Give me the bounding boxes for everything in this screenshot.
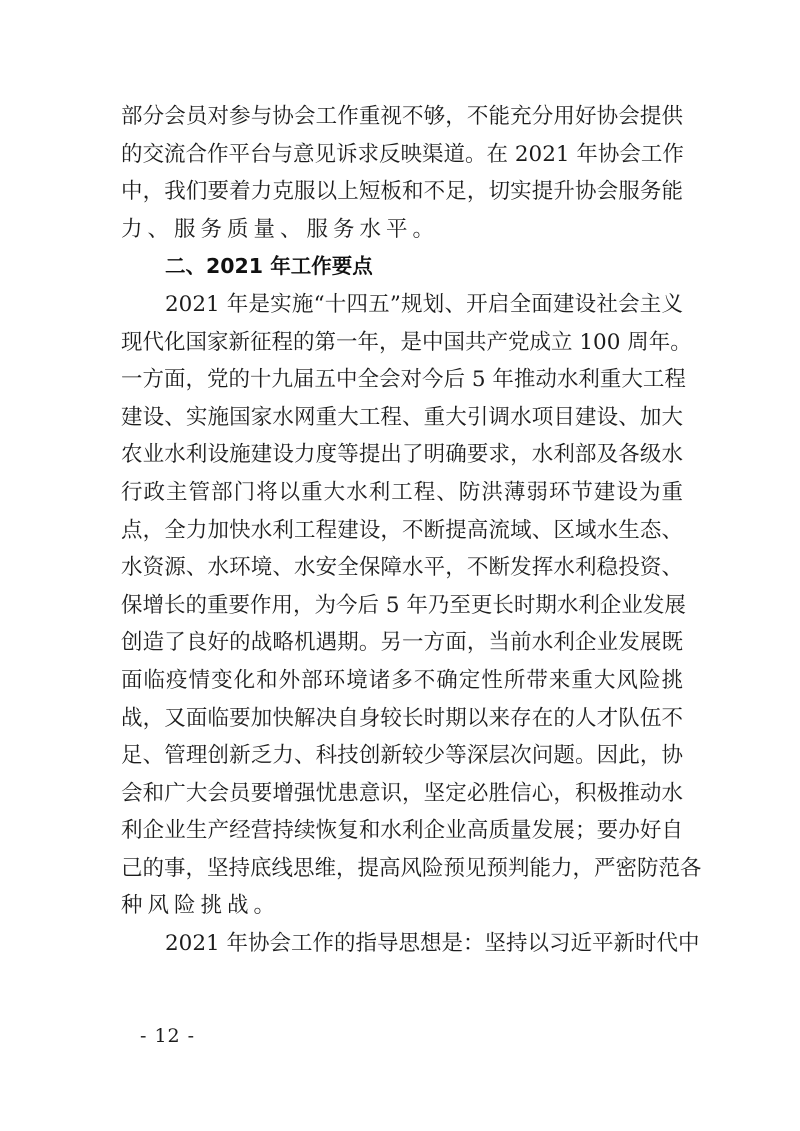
paragraph-line: 一方面，党的十九届五中全会对今后 5 年推动水利重大工程	[121, 361, 683, 399]
paragraph-line: 足、管理创新乏力、科技创新较少等深层次问题。因此，协	[121, 737, 683, 775]
page-number: - 12 -	[140, 1024, 195, 1048]
paragraph-line: 会和广大会员要增强忧患意识，坚定必胜信心，积极推动水	[121, 775, 683, 813]
paragraph-line: 2021 年是实施“十四五”规划、开启全面建设社会主义	[121, 286, 683, 324]
paragraph-line: 保增长的重要作用，为今后 5 年乃至更长时期水利企业发展	[121, 587, 683, 625]
paragraph-line: 水资源、水环境、水安全保障水平，不断发挥水利稳投资、	[121, 549, 683, 587]
paragraph-line: 战，又面临要加快解决自身较长时期以来存在的人才队伍不	[121, 700, 683, 738]
paragraph-line: 己的事，坚持底线思维，提高风险预见预判能力，严密防范各	[121, 850, 683, 888]
paragraph-line: 2021 年协会工作的指导思想是：坚持以习近平新时代中	[121, 925, 683, 963]
paragraph-line: 种风险挑战。	[121, 887, 683, 925]
paragraph-line: 利企业生产经营持续恢复和水利企业高质量发展；要办好自	[121, 812, 683, 850]
paragraph-line: 农业水利设施建设力度等提出了明确要求，水利部及各级水	[121, 436, 683, 474]
paragraph-line: 中，我们要着力克服以上短板和不足，切实提升协会服务能	[121, 173, 683, 211]
paragraph-line: 面临疫情变化和外部环境诸多不确定性所带来重大风险挑	[121, 662, 683, 700]
paragraph-line: 创造了良好的战略机遇期。另一方面，当前水利企业发展既	[121, 624, 683, 662]
paragraph-line: 部分会员对参与协会工作重视不够，不能充分用好协会提供	[121, 98, 683, 136]
paragraph-line: 建设、实施国家水网重大工程、重大引调水项目建设、加大	[121, 399, 683, 437]
document-page: 部分会员对参与协会工作重视不够，不能充分用好协会提供 的交流合作平台与意见诉求反…	[0, 0, 800, 1131]
paragraph-line: 行政主管部门将以重大水利工程、防洪薄弱环节建设为重	[121, 474, 683, 512]
paragraph-line: 的交流合作平台与意见诉求反映渠道。在 2021 年协会工作	[121, 136, 683, 174]
section-heading: 二、2021 年工作要点	[121, 248, 683, 286]
paragraph-line: 力、服务质量、服务水平。	[121, 211, 683, 249]
paragraph-line: 点，全力加快水利工程建设，不断提高流域、区域水生态、	[121, 512, 683, 550]
paragraph-line: 现代化国家新征程的第一年，是中国共产党成立 100 周年。	[121, 324, 683, 362]
body-text: 部分会员对参与协会工作重视不够，不能充分用好协会提供 的交流合作平台与意见诉求反…	[121, 98, 683, 963]
